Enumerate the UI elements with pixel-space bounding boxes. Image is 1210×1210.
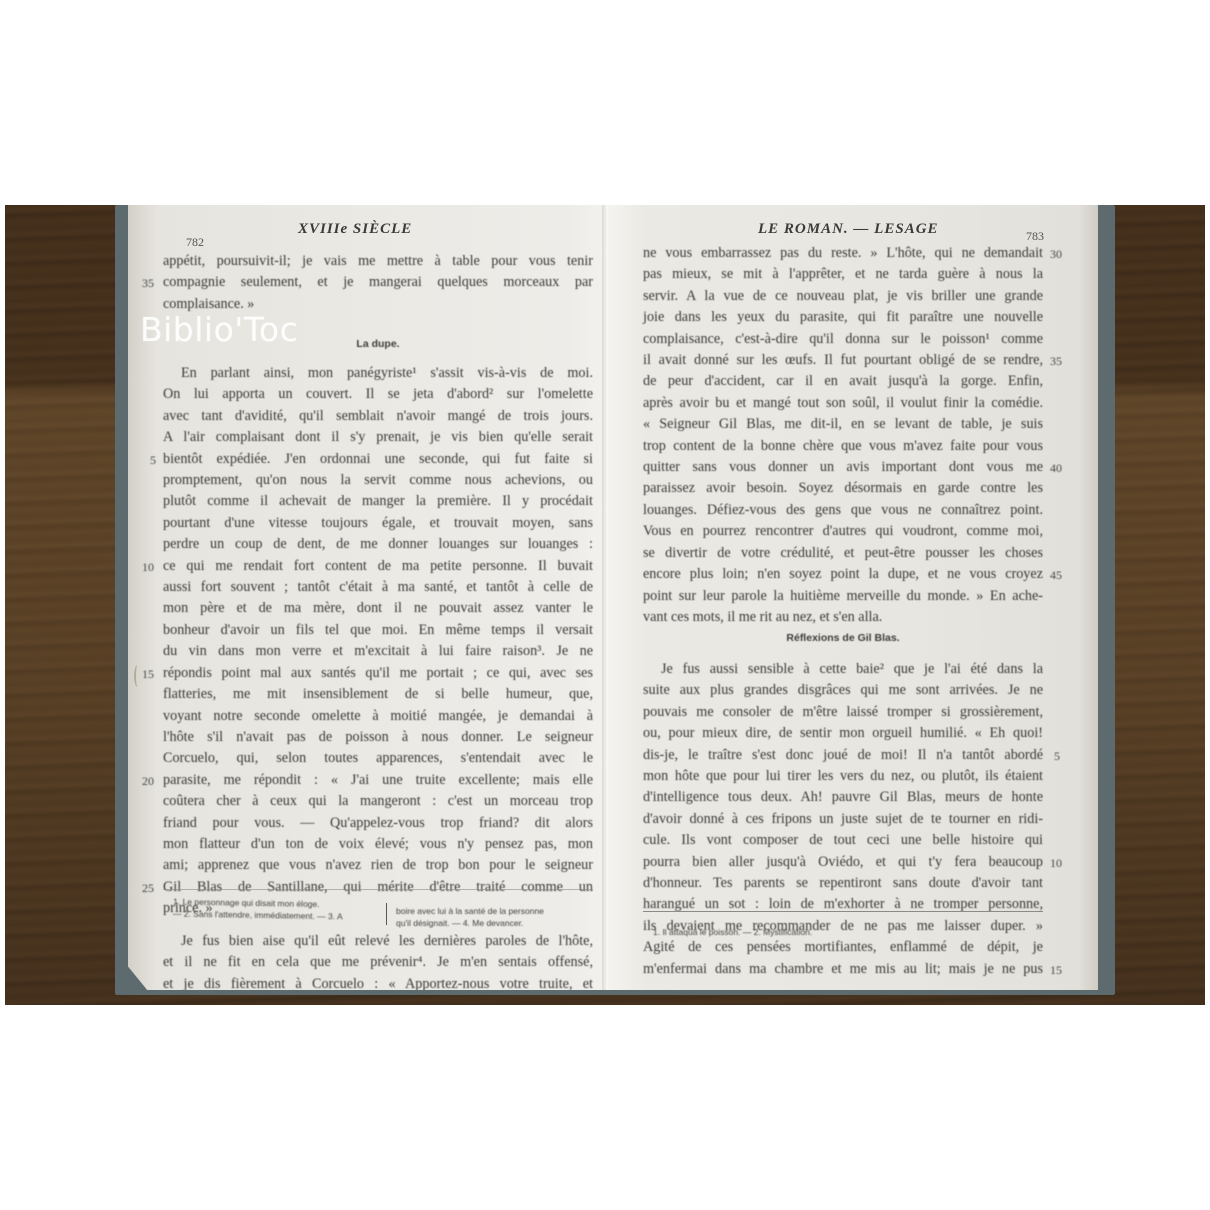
left-body-text: En parlant ainsi, mon panégyriste¹ s'ass… bbox=[163, 363, 593, 920]
line-number: 5 bbox=[1054, 749, 1060, 764]
text-line: d'intelligence tous deux. Ah! pauvre Gil… bbox=[643, 787, 1043, 808]
line-number: 25 bbox=[142, 881, 154, 896]
left-body2-text: Je fus bien aise qu'il eût relevé les de… bbox=[163, 931, 593, 995]
text-line: Je fus aussi sensible à cette baie² que … bbox=[643, 659, 1043, 680]
text-line: complaisance, c'est-à-dire qu'il donna s… bbox=[643, 329, 1043, 350]
text-line: friand pour vous. — Qu'appelez-vous trop… bbox=[163, 813, 593, 834]
text-line: mon père et de ma mère, dont il ne pouva… bbox=[163, 598, 593, 619]
line-number: 35 bbox=[142, 276, 154, 291]
text-line: mon flatteur d'un ton de voix élevé; vou… bbox=[163, 834, 593, 855]
text-line: m'enfermai dans ma chambre et me mis au … bbox=[643, 959, 1043, 980]
right-running-head: LE ROMAN. — LESAGE bbox=[758, 221, 939, 238]
text-line: du vin dans mon verre et m'excitait à lu… bbox=[163, 641, 593, 662]
text-line: avec tant d'avidité, qu'il semblait n'av… bbox=[163, 406, 593, 427]
text-line: suite aux plus grandes disgrâces qui me … bbox=[643, 680, 1043, 701]
text-line: se divertir de votre crédulité, et peut-… bbox=[643, 543, 1043, 564]
left-footnote-rule bbox=[163, 889, 593, 890]
left-footnote-col1: 1. Le personnage qui disait mon éloge.— … bbox=[173, 896, 343, 923]
text-line: quitter sans vous donner un avis importa… bbox=[643, 457, 1043, 478]
page-stain bbox=[134, 665, 141, 687]
text-line: appétit, poursuivit-il; je vais me mettr… bbox=[163, 251, 593, 272]
text-line: et il ne fit en cela que me prévenir⁴. J… bbox=[163, 952, 593, 973]
text-line: d'avoir donné à ces fripons un juste suj… bbox=[643, 809, 1043, 830]
text-line: ami; apprenez que vous n'avez rien de tr… bbox=[163, 855, 593, 876]
text-line: bientôt expédiée. J'en ordonnai une seco… bbox=[163, 449, 593, 470]
text-line: dis-je, le traître s'est donc joué de mo… bbox=[643, 745, 1043, 766]
text-line: Vous en pourrez rencontrer d'autres qui … bbox=[643, 521, 1043, 542]
text-line: ne vous embarrassez pas du reste. » L'hô… bbox=[643, 243, 1043, 264]
line-number: 30 bbox=[1050, 247, 1062, 262]
left-folio: 782 bbox=[186, 235, 204, 250]
text-line: En parlant ainsi, mon panégyriste¹ s'ass… bbox=[163, 363, 593, 384]
line-number: 45 bbox=[1050, 568, 1062, 583]
text-line: pourra bien aller jusqu'à Oviédo, et qui… bbox=[643, 852, 1043, 873]
text-line: après avoir bu et mangé tout son soûl, i… bbox=[643, 393, 1043, 414]
right-section-title: Réflexions de Gil Blas. bbox=[643, 632, 1043, 644]
right-footnote-rule bbox=[643, 911, 1043, 912]
text-line: promptement, qu'on nous la servit comme … bbox=[163, 470, 593, 491]
text-line: compagnie seulement, et je mangerai quel… bbox=[163, 272, 593, 293]
right-body-text: ne vous embarrassez pas du reste. » L'hô… bbox=[643, 243, 1043, 628]
text-line: encore plus loin; n'en soyez point la du… bbox=[643, 564, 1043, 585]
text-line: perdre un coup de dent, de me donner lou… bbox=[163, 534, 593, 555]
text-line: louanges. Défiez-vous des gens que vous … bbox=[643, 500, 1043, 521]
text-line: Corcuelo, qui, selon toutes apparences, … bbox=[163, 748, 593, 769]
text-line: Agité de ces pensées mortifiantes, enfla… bbox=[643, 937, 1043, 958]
line-number: 35 bbox=[1050, 354, 1062, 369]
text-line: flatteries, me mit insensiblement de si … bbox=[163, 684, 593, 705]
text-line: paraissez avoir besoin. Soyez désormais … bbox=[643, 478, 1043, 499]
line-number: 15 bbox=[142, 667, 154, 682]
text-line: d'honneur. Tes parents se repentiront sa… bbox=[643, 873, 1043, 894]
line-number: 15 bbox=[1050, 963, 1062, 978]
text-line: cule. Ils vont composer de tout ceci une… bbox=[643, 830, 1043, 851]
text-line: ou, pour mieux dire, de sentir mon orgue… bbox=[643, 723, 1043, 744]
left-top-text: appétit, poursuivit-il; je vais me mettr… bbox=[163, 251, 593, 315]
text-line: trop content de la bonne chère que vous … bbox=[643, 436, 1043, 457]
text-line: voyant notre seconde omelette à moitié m… bbox=[163, 706, 593, 727]
text-line: mon hôte que pour lui tirer les vers du … bbox=[643, 766, 1043, 787]
text-line: coûtera cher à ceux qui la mangeront : c… bbox=[163, 791, 593, 812]
text-line: de peur d'accident, car il en avait jusq… bbox=[643, 371, 1043, 392]
line-number: 40 bbox=[1050, 461, 1062, 476]
text-line: joie dans les yeux du parasite, qui fit … bbox=[643, 307, 1043, 328]
text-line: aussi fort souvent ; tantôt c'était à ma… bbox=[163, 577, 593, 598]
text-line: répondis point mal aux santés qu'il me p… bbox=[163, 663, 593, 684]
right-page: LE ROMAN. — LESAGE 783 ne vous embarrass… bbox=[608, 205, 1098, 990]
text-line: vant ces mots, il me rit au nez, et s'en… bbox=[643, 607, 1043, 628]
text-line: plutôt comme il achevait de manger la pr… bbox=[163, 491, 593, 512]
text-line: parasite, me répondit : « J'ai une truit… bbox=[163, 770, 593, 791]
line-number: 5 bbox=[150, 453, 156, 468]
text-line: Gil Blas de Santillane, qui mérite d'êtr… bbox=[163, 877, 593, 898]
right-footnote: 1. Il attaqua le poisson. — 2. Mystifica… bbox=[653, 927, 812, 937]
text-line: il avait donné sur les œufs. Il fut pour… bbox=[643, 350, 1043, 371]
watermark-logo: Biblio'Toc bbox=[140, 310, 298, 349]
right-folio: 783 bbox=[1026, 229, 1044, 244]
footnote-divider bbox=[386, 903, 387, 925]
text-line: pas mieux, se mit à l'apprêter, et ne ta… bbox=[643, 264, 1043, 285]
text-line: On lui apporta un couvert. Il se jeta d'… bbox=[163, 384, 593, 405]
text-line: pourtant d'une vitesse toujours égale, e… bbox=[163, 513, 593, 534]
text-line: Je fus bien aise qu'il eût relevé les de… bbox=[163, 931, 593, 952]
left-footnote-col2: boire avec lui à la santé de la personne… bbox=[396, 905, 544, 929]
text-line: l'hôte s'il n'avait pas de poisson à nou… bbox=[163, 727, 593, 748]
text-line: servir. A la vue de ce nouveau plat, je … bbox=[643, 286, 1043, 307]
text-line: point sur leur parole la huitième mervei… bbox=[643, 586, 1043, 607]
text-line: pouvais me consoler de m'être laissé tro… bbox=[643, 702, 1043, 723]
text-line: « Seigneur Gil Blas, me dit-il, en se le… bbox=[643, 414, 1043, 435]
text-line: ce qui me rendait fort content de ma pet… bbox=[163, 556, 593, 577]
line-number: 10 bbox=[1050, 856, 1062, 871]
line-number: 10 bbox=[142, 560, 154, 575]
left-running-head: XVIIIe SIÈCLE bbox=[298, 221, 412, 238]
line-number: 20 bbox=[142, 774, 154, 789]
text-line: bonheur d'avoir un fils tel que moi. En … bbox=[163, 620, 593, 641]
text-line: A l'air complaisant dont il s'y prenait,… bbox=[163, 427, 593, 448]
text-line: harangué un sot : loin de m'exhorter à n… bbox=[643, 894, 1043, 915]
